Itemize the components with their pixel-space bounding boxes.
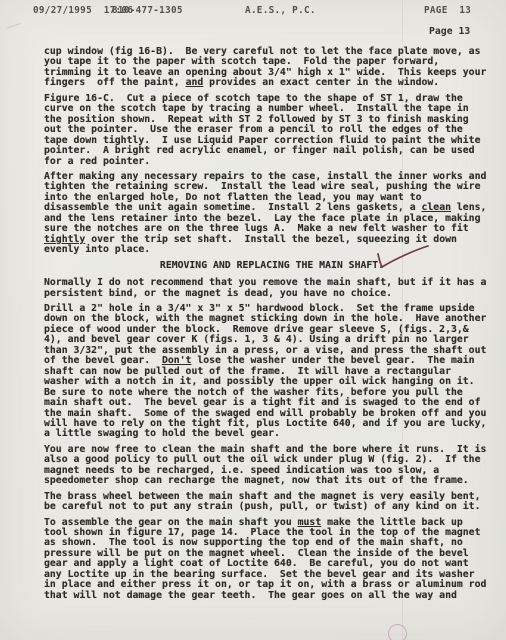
paragraph: You are now free to clean the main shaft… (44, 445, 500, 487)
text-line: persistent bind, or the magnet is dead, … (44, 289, 500, 299)
text-line: fingers off the paint, and provides an e… (44, 78, 500, 88)
paragraph: Figure 16-C. Cut a piece of scotch tape … (44, 94, 500, 167)
pen-circle-mark (388, 624, 407, 640)
paragraph: To assemble the gear on the main shaft y… (44, 518, 500, 602)
text-line: a little swaging to hold the bevel gear. (44, 429, 500, 439)
paragraph: Drill a 2" hole in a 3/4" x 3" x 5" hard… (44, 304, 500, 440)
text-line: speedometer shop can recharge the magnet… (44, 476, 500, 486)
paragraph: cup window (fig 16-B). Be very careful n… (44, 47, 500, 89)
paragraph: The brass wheel between the main shaft a… (44, 492, 500, 513)
text-line: that will not damage the gear teeth. The… (44, 591, 500, 601)
fax-page-label: PAGE 13 (424, 5, 471, 16)
fax-sender: A.E.S., P.C. (245, 5, 316, 16)
scanned-fax-page: 09/27/1995 17:06 810-477-1305 A.E.S., P.… (0, 0, 506, 640)
scan-crease-line (402, 0, 403, 640)
document-body: cup window (fig 16-B). Be very careful n… (44, 47, 500, 606)
text-line: be careful not to put any strain (push, … (44, 502, 500, 512)
paragraph: Normally I do not recommend that you rem… (44, 278, 500, 299)
page-number: Page 13 (429, 26, 470, 37)
fax-number: 810-477-1305 (112, 5, 183, 16)
text-line: for a red pointer. (44, 157, 500, 167)
